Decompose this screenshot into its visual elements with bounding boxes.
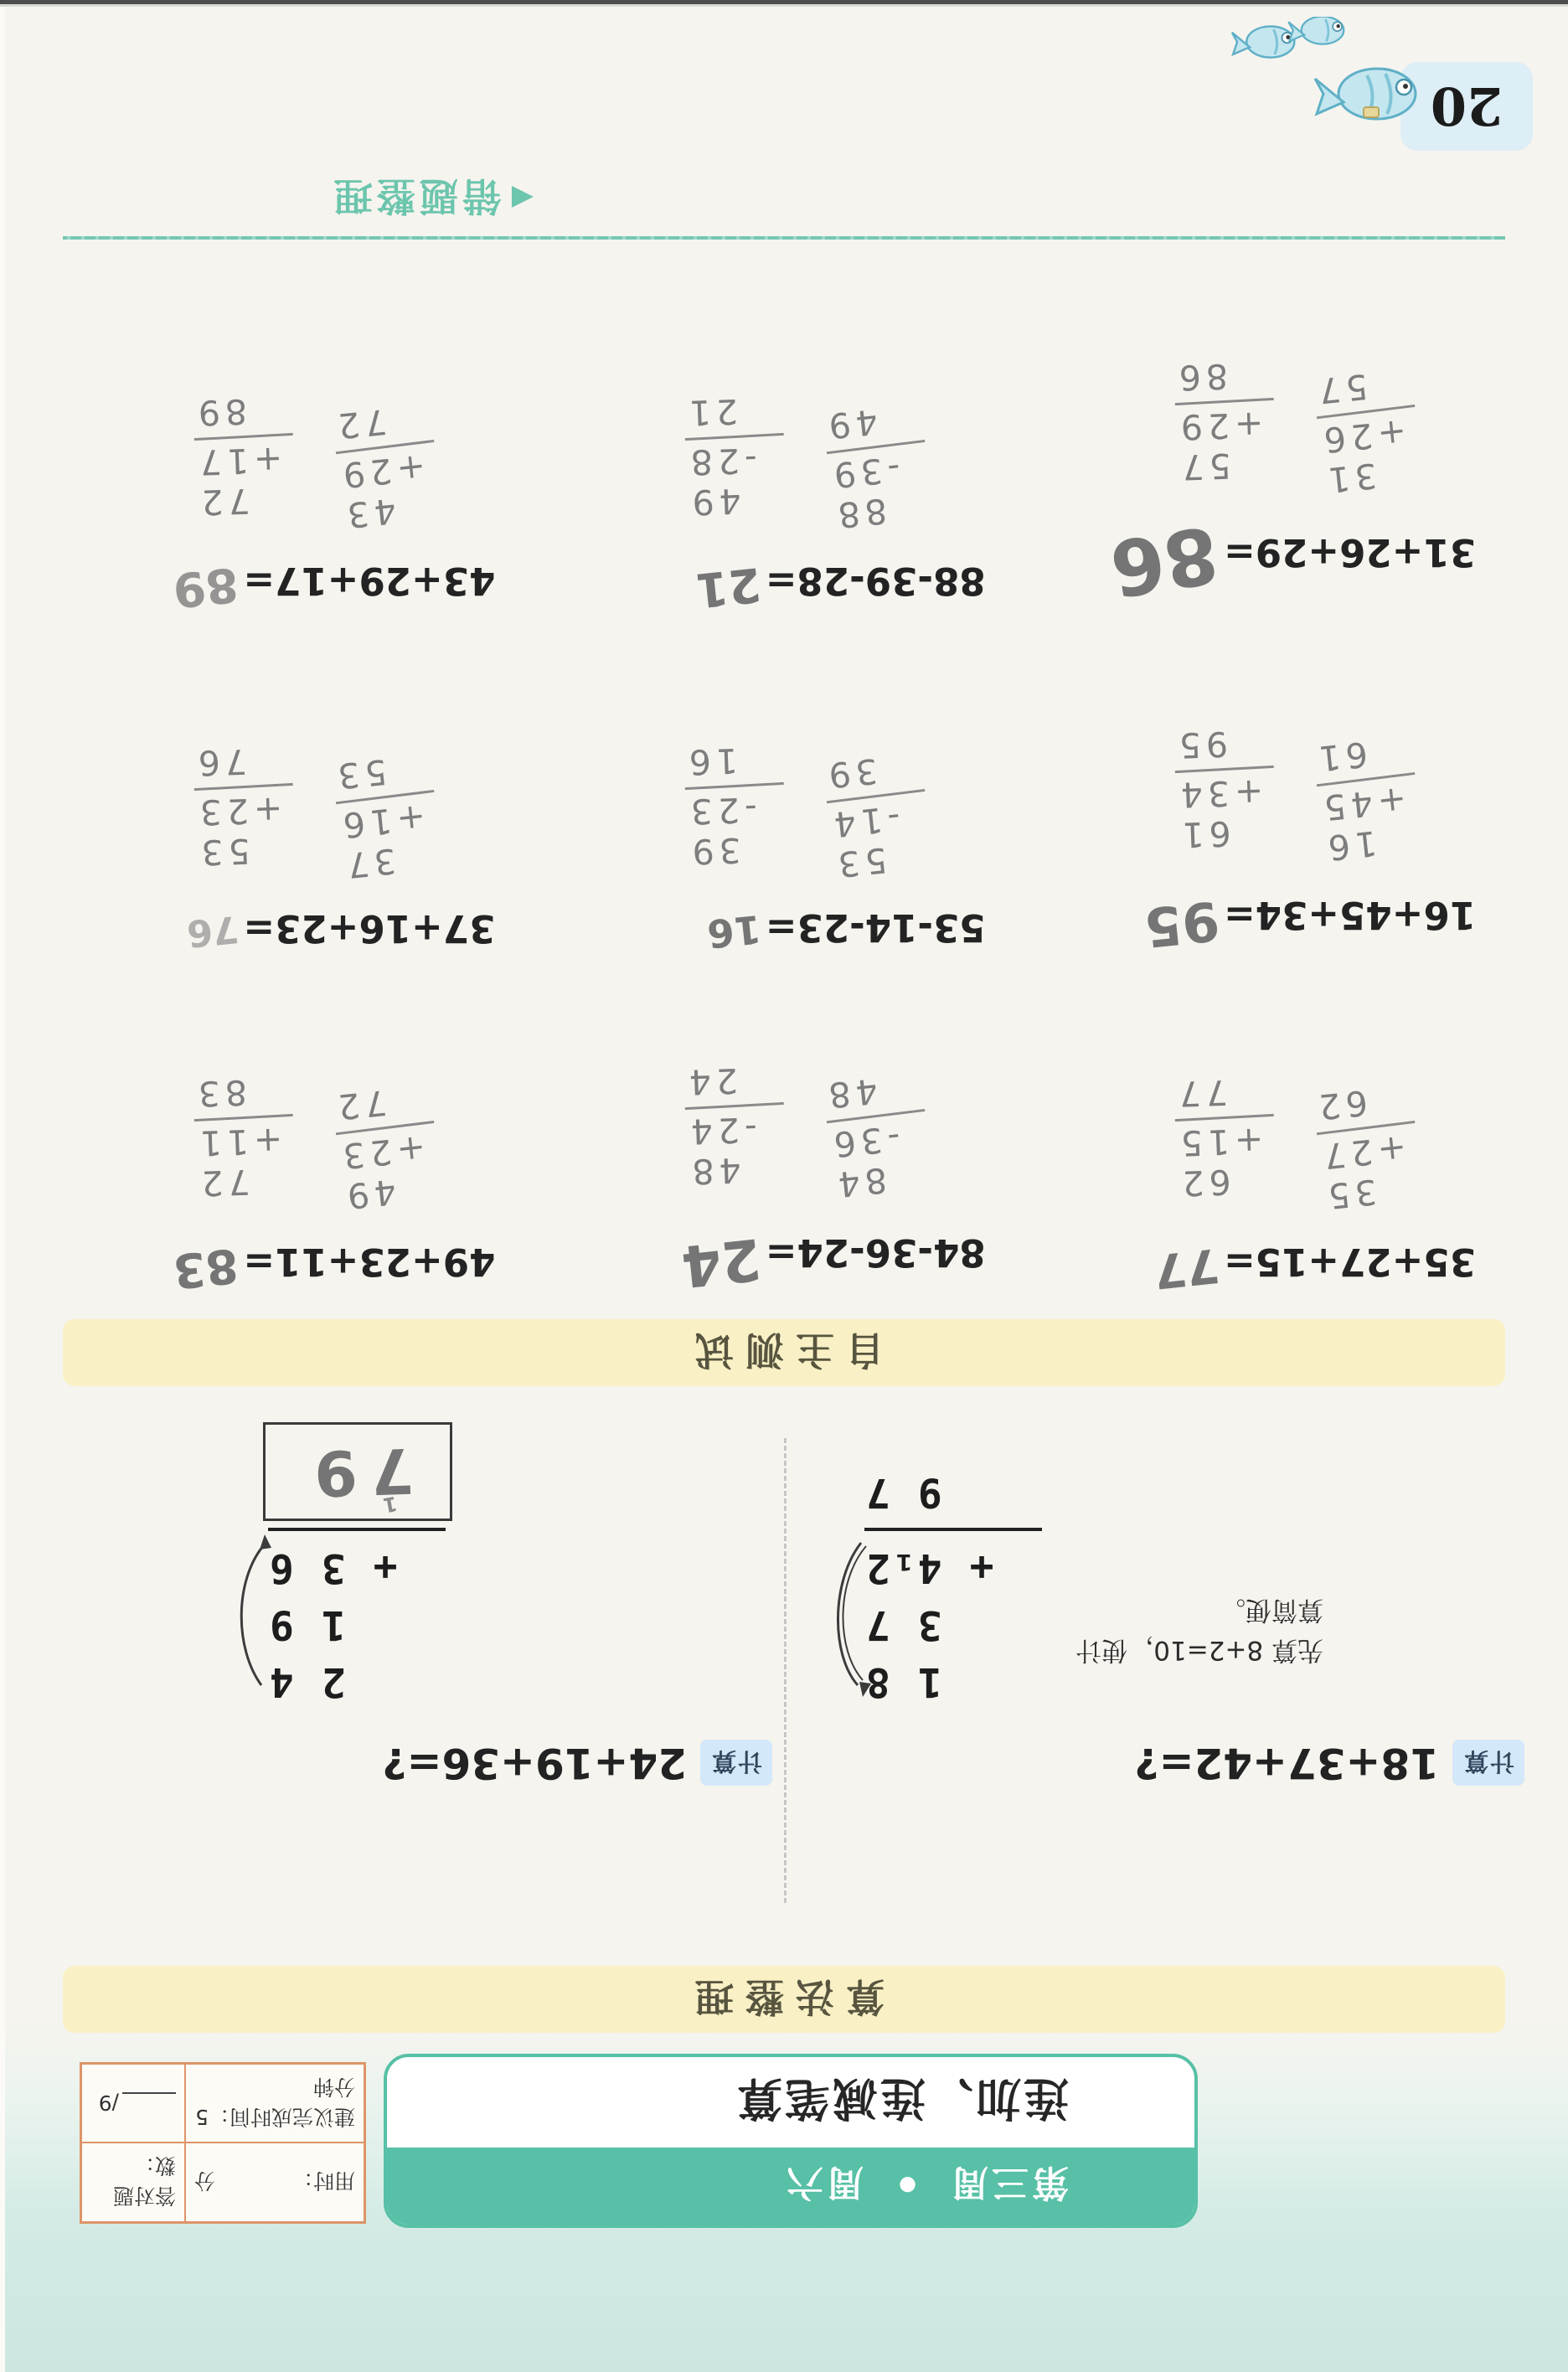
sum-line — [268, 1528, 446, 1531]
worksheet-page-rotated: 第三周 ● 周六 连加、连减笔算 用时： 分 答对题数： 建议完成时间：5分钟 … — [0, 0, 1568, 2372]
dot-separator-icon: ● — [895, 2174, 916, 2198]
wrong-note: ◀ 错题整理 — [330, 171, 534, 226]
calc-badge: 计算 — [1452, 1740, 1524, 1787]
example-equation: 18+37+42=? — [1135, 1739, 1439, 1787]
work-result: 21 — [683, 389, 784, 433]
work-result: 86 — [1173, 354, 1274, 398]
work-result: 83 — [193, 1070, 293, 1114]
handwritten-answer: 21 — [693, 556, 763, 617]
work-top: 62 — [1177, 1160, 1277, 1204]
stack-row: + 4₁2 — [864, 1539, 1042, 1596]
problem-cell: 37+16+23=76 37 +16 53 53 +23 76 — [52, 611, 520, 951]
problem-cell: 43+29+17=89 43 +29 72 72 +17 89 — [52, 270, 520, 611]
problem-cell: 35+27+15=77 35 +27 62 62 +15 77 — [1033, 951, 1501, 1292]
wrong-note-label: 错题整理 — [330, 171, 501, 226]
work-result: 57 — [1312, 361, 1414, 411]
problem-cell: 49+23+11=83 49 +23 72 72 +11 83 — [52, 951, 520, 1292]
work-result: 49 — [822, 396, 924, 446]
time-cell: 用时： 分 — [185, 2143, 364, 2222]
handwritten-answer: 16 — [704, 906, 762, 957]
work-column: 39 -23 16 — [683, 739, 787, 872]
score-value-cell: /9 — [81, 2064, 185, 2143]
work-column: 72 +17 89 — [193, 389, 296, 523]
work-area: 31 +26 57 57 +29 86 — [1033, 366, 1476, 496]
work-column: 53 -14 39 — [822, 746, 934, 885]
carry-arc-icon — [826, 1506, 879, 1707]
handwritten-answer: 89 — [171, 556, 241, 617]
score-label-cell: 答对题数： — [81, 2143, 185, 2222]
problem-equation: 53-14-23=16 — [542, 905, 985, 951]
example-1: 计算 18+37+42=? 先算 8+2=10，使计算简便。 1 8 3 7 +… — [804, 1463, 1524, 1787]
problem-equation: 49+23+11=83 — [52, 1237, 495, 1292]
time-label: 用时： — [292, 2168, 355, 2198]
suggest-cell: 建议完成时间：5分钟 — [185, 2064, 364, 2143]
column-stack: 1 8 3 7 + 4₁2 9 7 — [864, 1463, 1042, 1710]
score-blank-line — [122, 2092, 176, 2114]
work-top: 39 — [686, 828, 787, 872]
scan-top-edge-light — [0, 4, 1568, 7]
work-area: 35 +27 62 62 +15 77 — [1033, 1082, 1476, 1212]
sum-line — [864, 1528, 1042, 1531]
banner-selftest: 自主测试 — [63, 1319, 1505, 1386]
work-area: 88 -39 49 49 -28 21 — [542, 401, 985, 531]
work-result: 24 — [683, 1059, 784, 1102]
work-column: 49 -28 21 — [683, 389, 787, 523]
score-label: 答对题数： — [90, 2153, 176, 2213]
work-top: 57 — [1177, 444, 1277, 487]
answer-box: 79 — [263, 1422, 452, 1521]
week-title-box: 第三周 ● 周六 连加、连减笔算 — [384, 2054, 1198, 2228]
work-result: 62 — [1312, 1077, 1414, 1127]
info-table: 用时： 分 答对题数： 建议完成时间：5分钟 /9 — [80, 2062, 366, 2224]
work-area: 53 -14 39 39 -23 16 — [542, 750, 985, 880]
fish-small-icon — [1232, 26, 1294, 57]
work-op: +34 — [1175, 771, 1276, 815]
work-top: 72 — [196, 1160, 297, 1204]
work-area: 43 +29 72 72 +17 89 — [52, 401, 495, 531]
work-column: 61 +34 95 — [1173, 722, 1277, 855]
work-column: 31 +26 57 — [1312, 361, 1424, 500]
work-op: +11 — [194, 1120, 295, 1163]
problem-cell: 84-36-24=24 84 -36 48 48 -24 24 — [542, 951, 1010, 1292]
work-column: 62 +15 77 — [1173, 1070, 1277, 1204]
work-op: -23 — [685, 788, 786, 832]
problem-equation: 43+29+17=89 — [52, 556, 495, 611]
handwritten-answer: 24 — [678, 1225, 764, 1298]
handwritten-answer: 86 — [1104, 508, 1224, 613]
work-result: 48 — [822, 1065, 924, 1116]
score-value: /9 — [99, 2091, 119, 2116]
handwritten-answer: 95 — [1142, 889, 1222, 958]
handwritten-answer: 77 — [1151, 1237, 1221, 1298]
worksheet-title: 连加、连减笔算 — [387, 2057, 1194, 2148]
work-column: 43 +29 72 — [332, 396, 444, 535]
column-stack: 2 4 1 9 + 3 6 1 79 — [268, 1422, 446, 1710]
handwritten-answer: 76 — [185, 907, 240, 955]
work-column: 72 +11 83 — [193, 1070, 296, 1204]
triangle-icon: ◀ — [508, 182, 534, 215]
problem-cell: 88-39-28=21 88 -39 49 49 -28 21 — [542, 270, 1010, 611]
work-result: 72 — [332, 1077, 434, 1127]
stack-row: 3 7 — [864, 1596, 1042, 1653]
work-column: 35 +27 62 — [1312, 1077, 1424, 1216]
scanned-worksheet: 第三周 ● 周六 连加、连减笔算 用时： 分 答对题数： 建议完成时间：5分钟 … — [0, 0, 1568, 2372]
problem-equation: 37+16+23=76 — [52, 906, 495, 951]
stack-row: + 3 6 — [268, 1539, 446, 1596]
work-top: 61 — [1177, 812, 1277, 855]
work-op: +29 — [1175, 404, 1276, 447]
work-result: 89 — [193, 389, 293, 433]
work-column: 48 -24 24 — [683, 1059, 787, 1192]
work-result: 61 — [1312, 730, 1414, 780]
problem-equation: 84-36-24=24 — [542, 1225, 985, 1292]
problem-equation: 88-39-28=21 — [542, 556, 985, 611]
carry-arc-icon — [230, 1506, 283, 1707]
work-column: 84 -36 48 — [822, 1065, 934, 1204]
work-top: 72 — [196, 479, 297, 523]
example-2: 计算 24+19+36=? 2 4 1 9 + 3 6 1 79 — [35, 1422, 772, 1787]
work-column: 57 +29 86 — [1173, 354, 1277, 487]
week-band: 第三周 ● 周六 — [387, 2148, 1194, 2225]
fish-icons — [1210, 17, 1427, 142]
handwritten-answer: 83 — [171, 1237, 241, 1298]
stack-row: 1 9 — [268, 1596, 446, 1653]
work-column: 16 +45 61 — [1312, 730, 1424, 869]
work-result: 72 — [332, 396, 434, 446]
banner-method: 算法整理 — [63, 1966, 1505, 2033]
problem-equation: 16+45+34=95 — [1033, 889, 1476, 951]
scan-left-edge — [0, 0, 5, 2372]
work-area: 49 +23 72 72 +11 83 — [52, 1082, 495, 1212]
work-top: 49 — [686, 479, 787, 523]
weekday-label: 周六 — [783, 2159, 864, 2213]
problems-grid: 35+27+15=77 35 +27 62 62 +15 77 — [52, 270, 1501, 1292]
fish-small-icon — [1288, 17, 1344, 44]
problem-equation: 31+26+29=86 — [1033, 521, 1476, 611]
footer-dotted-line — [63, 236, 1505, 240]
work-area: 37 +16 53 53 +23 76 — [52, 751, 495, 881]
work-op: +15 — [1175, 1120, 1276, 1163]
work-column: 53 +23 76 — [193, 740, 296, 873]
example-equation: 24+19+36=? — [383, 1739, 687, 1787]
work-result: 53 — [332, 747, 434, 797]
stack-row: 2 4 — [268, 1653, 446, 1710]
work-op: -24 — [685, 1108, 786, 1152]
work-result: 77 — [1173, 1070, 1274, 1114]
problem-cell: 16+45+34=95 16 +45 61 61 +34 95 — [1033, 611, 1501, 951]
work-result: 76 — [193, 740, 293, 783]
fish-big-icon — [1315, 69, 1416, 119]
time-unit: 分 — [194, 2168, 215, 2198]
work-op: +17 — [194, 439, 295, 482]
work-op: +23 — [194, 789, 295, 833]
suggest-text: 建议完成时间：5分钟 — [194, 2073, 355, 2133]
work-column: 37 +16 53 — [332, 747, 444, 886]
work-area: 84 -36 48 48 -24 24 — [542, 1070, 985, 1200]
work-area: 16 +45 61 61 +34 95 — [1033, 734, 1476, 864]
sum-row: 9 7 — [864, 1463, 1042, 1520]
example-note: 先算 8+2=10，使计算简便。 — [1072, 1590, 1323, 1670]
work-op: -28 — [685, 439, 786, 482]
boxed-answer: 79 — [300, 1433, 415, 1509]
problem-cell: 31+26+29=86 31 +26 57 57 +29 86 — [1033, 270, 1501, 611]
work-column: 88 -39 49 — [822, 396, 934, 535]
calc-badge: 计算 — [700, 1740, 772, 1787]
work-top: 53 — [196, 829, 297, 873]
work-result: 16 — [683, 739, 784, 782]
work-column: 49 +23 72 — [332, 1077, 444, 1216]
work-result: 95 — [1173, 722, 1274, 766]
work-top: 48 — [686, 1148, 787, 1192]
week-label: 第三周 — [948, 2159, 1069, 2213]
work-result: 39 — [822, 746, 924, 797]
stack-row: 1 8 — [864, 1653, 1042, 1710]
page-number: 20 — [1431, 76, 1503, 137]
problem-cell: 53-14-23=16 53 -14 39 39 -23 16 — [542, 611, 1010, 951]
examples-divider — [784, 1438, 787, 1903]
problem-equation: 35+27+15=77 — [1033, 1237, 1476, 1292]
